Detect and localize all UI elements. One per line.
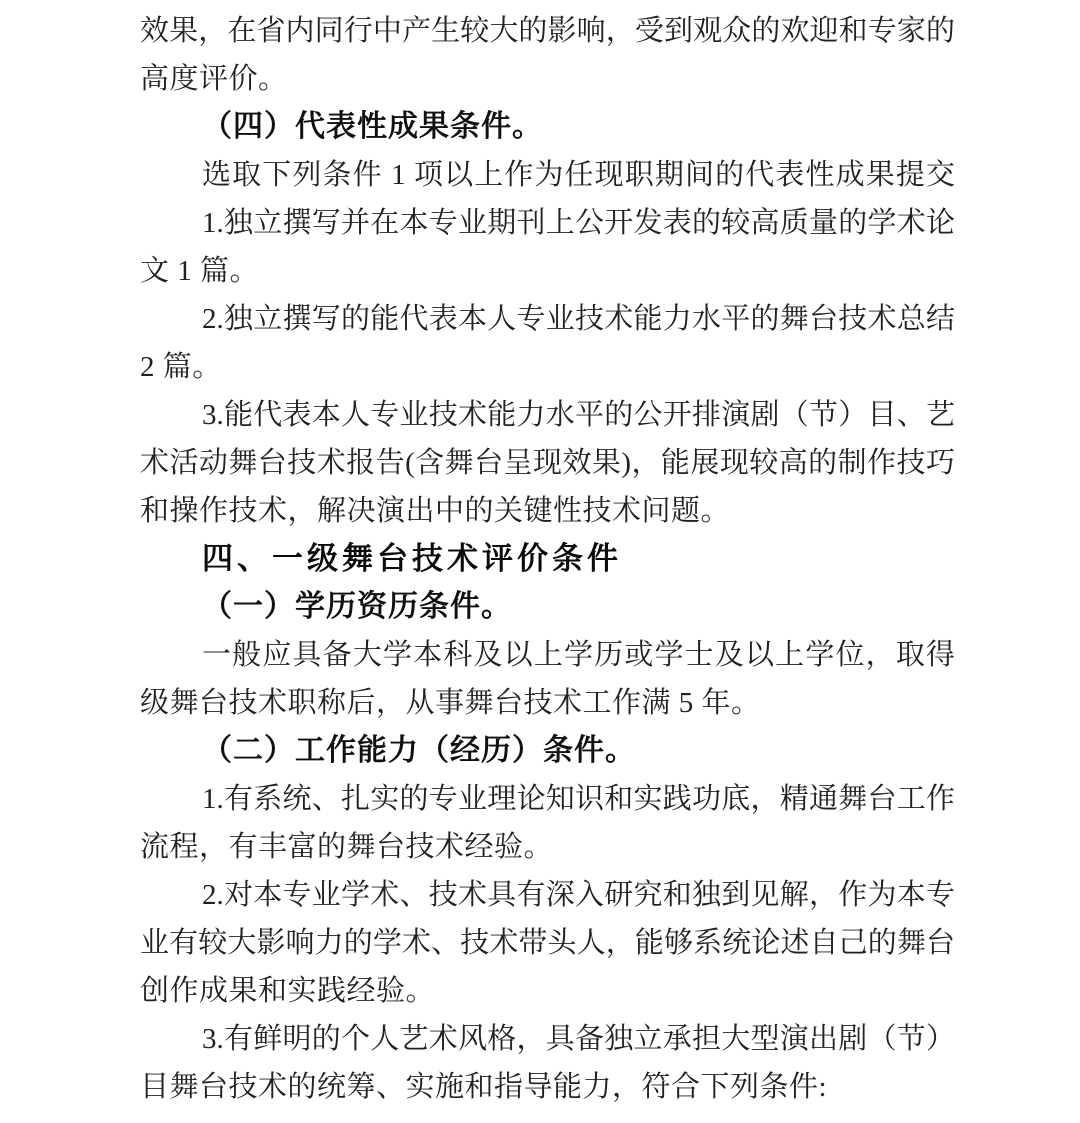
doc-line: 3.有鲜明的个人艺术风格，具备独立承担大型演出剧（节）	[140, 1015, 955, 1063]
doc-line: 1.有系统、扎实的专业理论知识和实践功底，精通舞台工作	[140, 775, 955, 823]
doc-line: 2 篇。	[140, 343, 955, 391]
doc-line: 创作成果和实践经验。	[140, 967, 955, 1015]
section-heading: 四、一级舞台技术评价条件	[140, 535, 955, 583]
document-page: 效果，在省内同行中产生较大的影响，受到观众的欢迎和专家的 高度评价。 （四）代表…	[0, 0, 1080, 1123]
doc-line: 业有较大影响力的学术、技术带头人，能够系统论述自己的舞台	[140, 919, 955, 967]
doc-line: 文 1 篇。	[140, 247, 955, 295]
doc-line: 1.独立撰写并在本专业期刊上公开发表的较高质量的学术论	[140, 199, 955, 247]
doc-line: 选取下列条件 1 项以上作为任现职期间的代表性成果提交评审:	[140, 151, 955, 199]
doc-line: 3.能代表本人专业技术能力水平的公开排演剧（节）目、艺	[140, 391, 955, 439]
subsection-heading: （四）代表性成果条件。	[140, 103, 955, 151]
doc-line: 高度评价。	[140, 55, 955, 103]
subsection-heading: （一）学历资历条件。	[140, 583, 955, 631]
doc-line: 2.对本专业学术、技术具有深入研究和独到见解，作为本专	[140, 871, 955, 919]
doc-line: 一般应具备大学本科及以上学历或学士及以上学位，取得二	[140, 631, 955, 679]
doc-line: 和操作技术，解决演出中的关键性技术问题。	[140, 487, 955, 535]
doc-line: 级舞台技术职称后，从事舞台技术工作满 5 年。	[140, 679, 955, 727]
doc-line: 术活动舞台技术报告(含舞台呈现效果)，能展现较高的制作技巧	[140, 439, 955, 487]
doc-line: 流程，有丰富的舞台技术经验。	[140, 823, 955, 871]
doc-line: 2.独立撰写的能代表本人专业技术能力水平的舞台技术总结	[140, 295, 955, 343]
doc-line: 目舞台技术的统筹、实施和指导能力，符合下列条件:	[140, 1063, 955, 1111]
doc-line: 效果，在省内同行中产生较大的影响，受到观众的欢迎和专家的	[140, 7, 955, 55]
subsection-heading: （二）工作能力（经历）条件。	[140, 727, 955, 775]
